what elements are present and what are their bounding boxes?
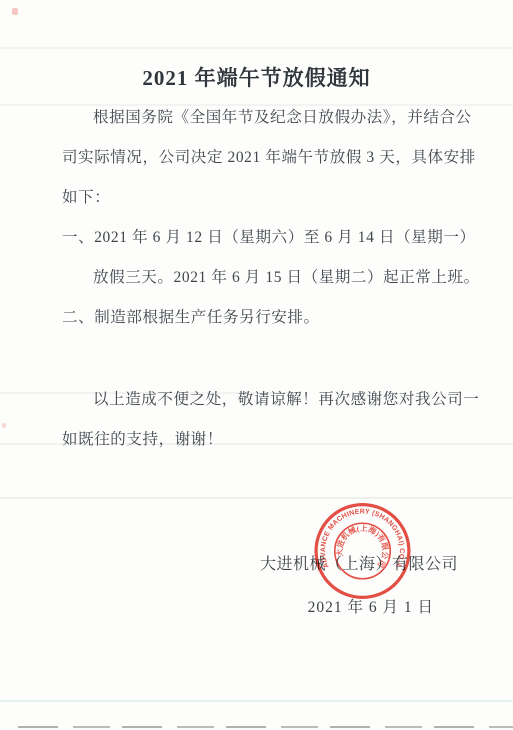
company-name: 大进机械（上海）有限公司 (260, 551, 458, 574)
body-line: 二、制造部根据生产任务另行安排。 (62, 298, 466, 338)
scan-artifact (0, 700, 513, 702)
body-line: 以上造成不便之处，敬请谅解！再次感谢您对我公司一 (62, 380, 466, 420)
document-body: 根据国务院《全国年节及纪念日放假办法》，并结合公 司实际情况，公司决定 2021… (62, 98, 466, 460)
ink-speck (2, 423, 6, 428)
body-line: 司实际情况，公司决定 2021 年端午节放假 3 天，具体安排 (62, 138, 466, 178)
body-line: 如既往的支持，谢谢！ (62, 420, 466, 460)
signature-date: 2021 年 6 月 1 日 (308, 595, 434, 617)
scan-page-edge (18, 726, 513, 728)
scan-artifact (0, 47, 513, 49)
document-page: 2021 年端午节放假通知 根据国务院《全国年节及纪念日放假办法》，并结合公 司… (0, 0, 513, 730)
ink-speck (12, 8, 18, 15)
body-line: 一、2021 年 6 月 12 日（星期六）至 6 月 14 日（星期一） (62, 218, 466, 258)
body-line: 根据国务院《全国年节及纪念日放假办法》，并结合公 (62, 98, 466, 138)
scan-artifact (0, 497, 513, 499)
body-line: 如下： (62, 178, 466, 218)
page-title: 2021 年端午节放假通知 (0, 62, 513, 92)
body-line: 放假三天。2021 年 6 月 15 日（星期二）起正常上班。 (62, 258, 466, 298)
